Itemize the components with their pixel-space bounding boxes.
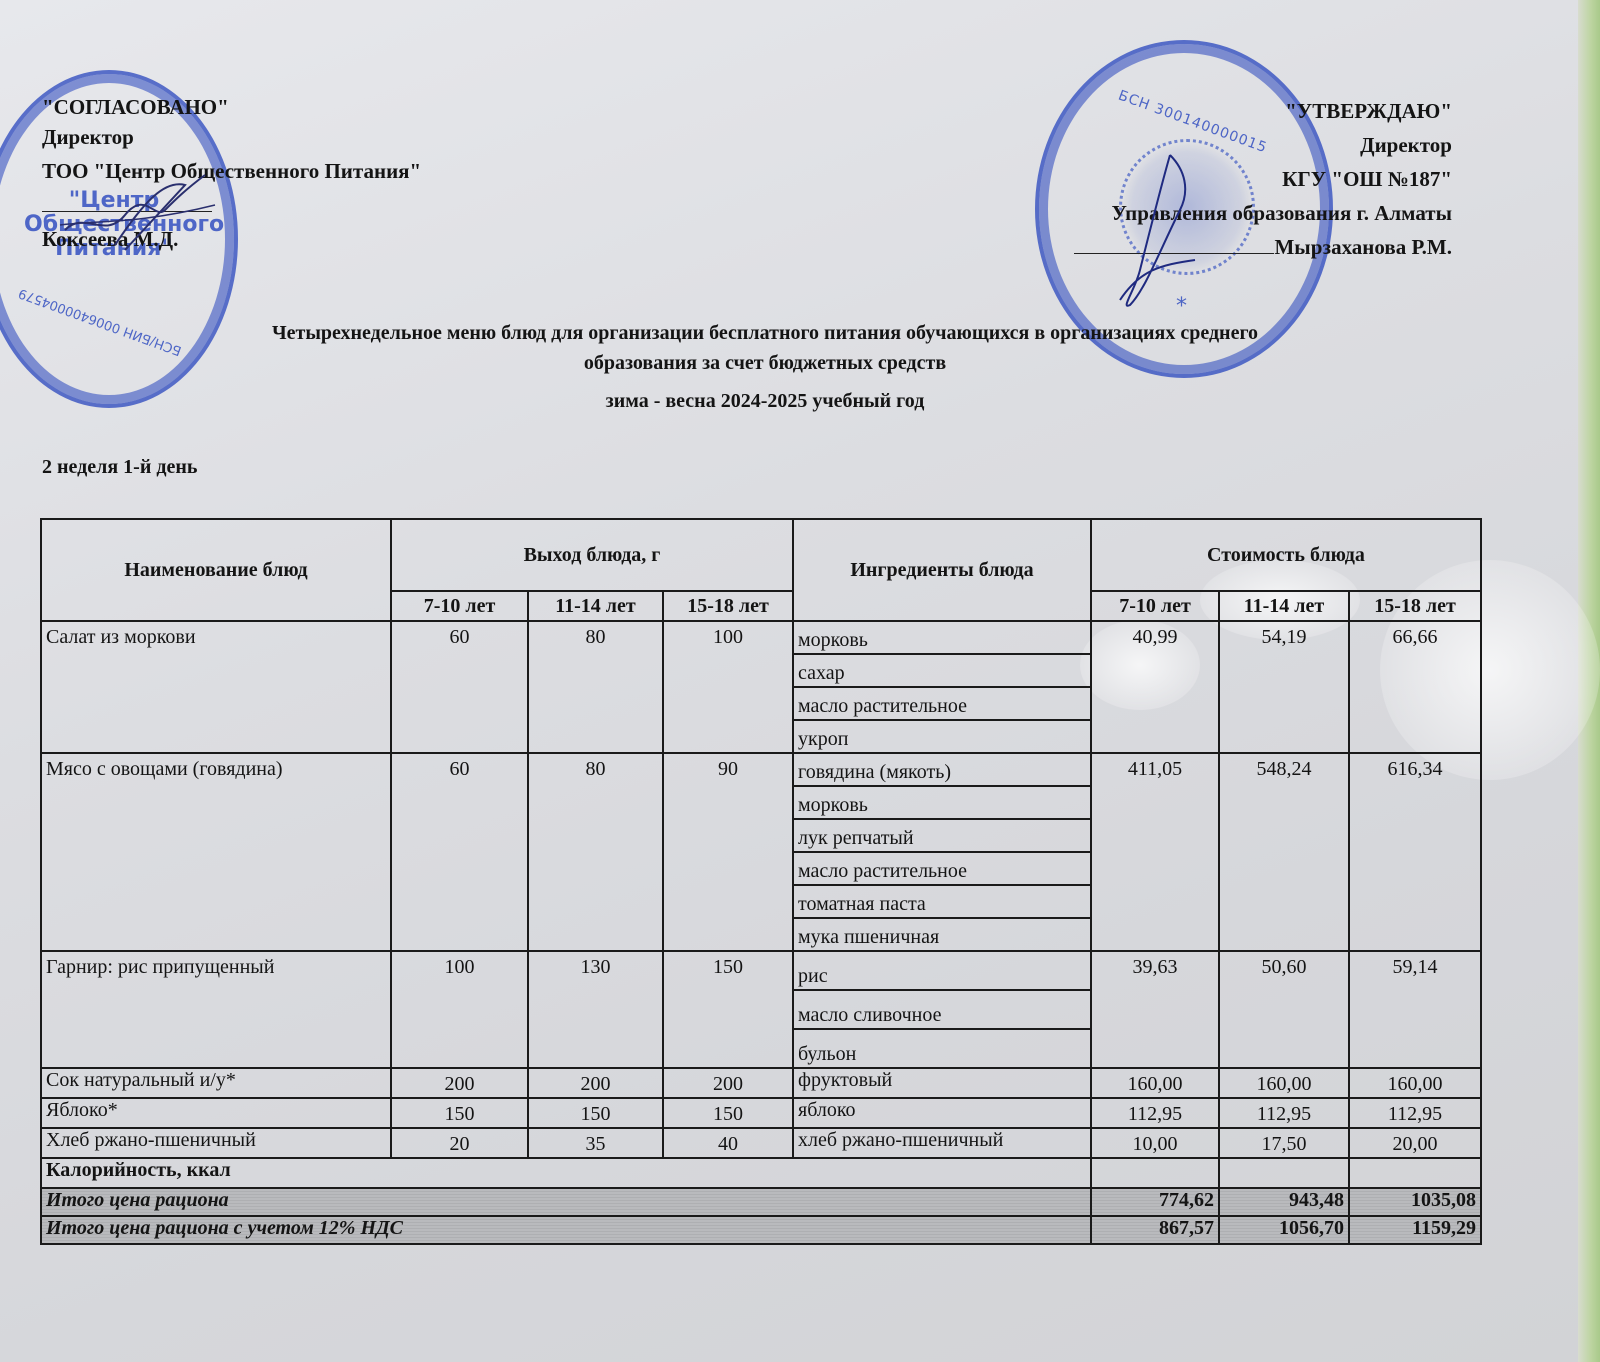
dish-yield: 60 xyxy=(391,621,528,753)
approval-organization: КГУ "ОШ №187" xyxy=(1074,162,1452,196)
dish-yield: 20 xyxy=(391,1128,528,1158)
approval-signatory: Коксеева М.Д. xyxy=(42,222,421,256)
dish-name: Хлеб ржано-пшеничный xyxy=(41,1128,391,1158)
total-vat-row: Итого цена рациона с учетом 12% НДС 867,… xyxy=(41,1216,1481,1244)
dish-cost: 160,00 xyxy=(1219,1068,1349,1098)
dish-cost: 548,24 xyxy=(1219,753,1349,951)
header-cost: Стоимость блюда xyxy=(1091,519,1481,591)
header-yield-age: 7-10 лет xyxy=(391,591,528,621)
ingredient: морковь xyxy=(793,786,1091,819)
total-value: 943,48 xyxy=(1219,1188,1349,1216)
ingredient: масло сливочное xyxy=(793,990,1091,1029)
dish-cost: 411,05 xyxy=(1091,753,1219,951)
dish-cost: 17,50 xyxy=(1219,1128,1349,1158)
calories-row: Калорийность, ккал xyxy=(41,1158,1481,1188)
approval-block-agreed: "СОГЛАСОВАНО" Директор ТОО "Центр Общест… xyxy=(42,90,421,256)
dish-cost: 160,00 xyxy=(1091,1068,1219,1098)
dish-yield: 40 xyxy=(663,1128,793,1158)
approval-signatory: Мырзаханова Р.М. xyxy=(1274,235,1452,259)
dish-yield: 80 xyxy=(528,621,663,753)
menu-table-footer: Калорийность, ккал Итого цена рациона 77… xyxy=(41,1158,1481,1244)
dish-row: Мясо с овощами (говядина)608090говядина … xyxy=(41,753,1481,786)
dish-yield: 150 xyxy=(528,1098,663,1128)
dish-yield: 100 xyxy=(391,951,528,1068)
dish-name: Сок натуральный и/у* xyxy=(41,1068,391,1098)
dish-cost: 112,95 xyxy=(1219,1098,1349,1128)
dish-cost: 112,95 xyxy=(1349,1098,1481,1128)
day-label: 2 неделя 1-й день xyxy=(42,456,197,479)
menu-table-body: Салат из моркови6080100морковь40,9954,19… xyxy=(41,621,1481,1158)
dish-yield: 100 xyxy=(663,621,793,753)
ingredient: томатная паста xyxy=(793,885,1091,918)
dish-yield: 150 xyxy=(391,1098,528,1128)
ingredient: хлеб ржано-пшеничный xyxy=(793,1128,1091,1158)
background-edge xyxy=(1578,0,1600,1362)
calories-value xyxy=(1091,1158,1219,1188)
dish-row: Гарнир: рис припущенный100130150рис39,63… xyxy=(41,951,1481,990)
dish-cost: 112,95 xyxy=(1091,1098,1219,1128)
dish-row: Салат из моркови6080100морковь40,9954,19… xyxy=(41,621,1481,654)
dish-name: Яблоко* xyxy=(41,1098,391,1128)
dish-yield: 150 xyxy=(663,951,793,1068)
dish-row: Хлеб ржано-пшеничный203540хлеб ржано-пше… xyxy=(41,1128,1481,1158)
dish-name: Мясо с овощами (говядина) xyxy=(41,753,391,951)
dish-cost: 50,60 xyxy=(1219,951,1349,1068)
header-yield-age: 15-18 лет xyxy=(663,591,793,621)
signature-line xyxy=(1074,243,1274,254)
dish-row: Яблоко*150150150яблоко112,95112,95112,95 xyxy=(41,1098,1481,1128)
approval-position: Директор xyxy=(1074,128,1452,162)
ingredient: яблоко xyxy=(793,1098,1091,1128)
ingredient: рис xyxy=(793,951,1091,990)
title-line-2: образования за счет бюджетных средств xyxy=(584,352,946,374)
ingredient: масло растительное xyxy=(793,687,1091,720)
ingredient: говядина (мякоть) xyxy=(793,753,1091,786)
dish-yield: 200 xyxy=(528,1068,663,1098)
dish-name: Салат из моркови xyxy=(41,621,391,753)
title-line-1: Четырехнедельное меню блюд для организац… xyxy=(272,322,1258,344)
ingredient: бульон xyxy=(793,1029,1091,1068)
calories-label: Калорийность, ккал xyxy=(41,1158,1091,1188)
dish-yield: 130 xyxy=(528,951,663,1068)
dish-row: Сок натуральный и/у*200200200фруктовый16… xyxy=(41,1068,1481,1098)
document-title: Четырехнедельное меню блюд для организац… xyxy=(100,318,1430,416)
dish-yield: 60 xyxy=(391,753,528,951)
approval-block-approved: "УТВЕРЖДАЮ" Директор КГУ "ОШ №187" Управ… xyxy=(1074,94,1452,264)
ingredient: укроп xyxy=(793,720,1091,753)
header-ingredients: Ингредиенты блюда xyxy=(793,519,1091,621)
ingredient: сахар xyxy=(793,654,1091,687)
total-row: Итого цена рациона 774,62 943,48 1035,08 xyxy=(41,1188,1481,1216)
total-value: 1035,08 xyxy=(1349,1188,1481,1216)
header-yield: Выход блюда, г xyxy=(391,519,793,591)
header-cost-age: 7-10 лет xyxy=(1091,591,1219,621)
ingredient: мука пшеничная xyxy=(793,918,1091,951)
dish-cost: 10,00 xyxy=(1091,1128,1219,1158)
dish-cost: 160,00 xyxy=(1349,1068,1481,1098)
calories-value xyxy=(1219,1158,1349,1188)
dish-yield: 80 xyxy=(528,753,663,951)
dish-yield: 90 xyxy=(663,753,793,951)
dish-yield: 200 xyxy=(391,1068,528,1098)
dish-cost: 616,34 xyxy=(1349,753,1481,951)
dish-yield: 200 xyxy=(663,1068,793,1098)
total-vat-value: 1056,70 xyxy=(1219,1216,1349,1244)
calories-value xyxy=(1349,1158,1481,1188)
ingredient: лук репчатый xyxy=(793,819,1091,852)
star-icon: * xyxy=(1176,294,1187,319)
approval-heading: "УТВЕРЖДАЮ" xyxy=(1074,94,1452,128)
header-cost-age: 11-14 лет xyxy=(1219,591,1349,621)
ingredient: масло растительное xyxy=(793,852,1091,885)
menu-table: Наименование блюд Выход блюда, г Ингреди… xyxy=(40,518,1482,1245)
dish-name: Гарнир: рис припущенный xyxy=(41,951,391,1068)
ingredient: фруктовый xyxy=(793,1068,1091,1098)
header-dish-name: Наименование блюд xyxy=(41,519,391,621)
total-vat-value: 867,57 xyxy=(1091,1216,1219,1244)
ingredient: морковь xyxy=(793,621,1091,654)
total-value: 774,62 xyxy=(1091,1188,1219,1216)
approval-position: Директор xyxy=(42,120,421,154)
approval-department: Управления образования г. Алматы xyxy=(1074,196,1452,230)
dish-cost: 54,19 xyxy=(1219,621,1349,753)
total-vat-value: 1159,29 xyxy=(1349,1216,1481,1244)
dish-cost: 20,00 xyxy=(1349,1128,1481,1158)
signature-line xyxy=(42,201,212,212)
dish-cost: 40,99 xyxy=(1091,621,1219,753)
header-yield-age: 11-14 лет xyxy=(528,591,663,621)
total-label: Итого цена рациона xyxy=(41,1188,1091,1216)
approval-heading: "СОГЛАСОВАНО" xyxy=(42,90,421,124)
dish-cost: 39,63 xyxy=(1091,951,1219,1068)
dish-yield: 150 xyxy=(663,1098,793,1128)
approval-organization: ТОО "Центр Общественного Питания" xyxy=(42,154,421,188)
dish-cost: 59,14 xyxy=(1349,951,1481,1068)
header-cost-age: 15-18 лет xyxy=(1349,591,1481,621)
total-vat-label: Итого цена рациона с учетом 12% НДС xyxy=(41,1216,1091,1244)
title-line-3: зима - весна 2024-2025 учебный год xyxy=(100,386,1430,416)
dish-cost: 66,66 xyxy=(1349,621,1481,753)
dish-yield: 35 xyxy=(528,1128,663,1158)
